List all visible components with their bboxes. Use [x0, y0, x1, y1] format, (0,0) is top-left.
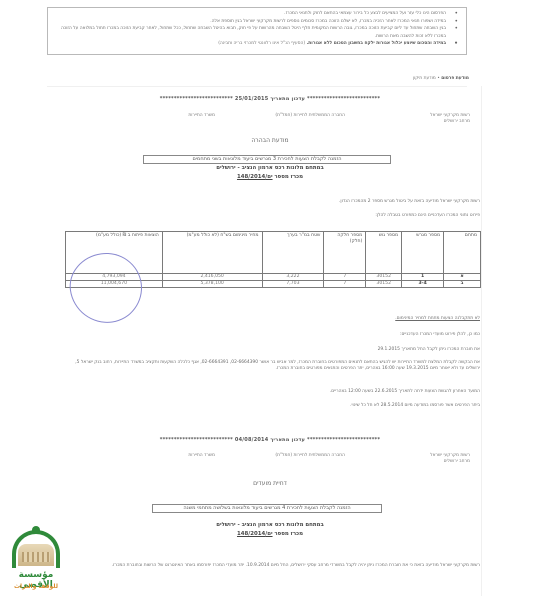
org-company: החברה הממשלתית לתיירות (חמל"ת)	[275, 113, 345, 119]
para-details: פירוט נתוני המכרז העדכניים הינם כמפורט ב…	[100, 213, 480, 219]
org-company: החברה הממשלתית לתיירות (חמל"ת)	[275, 453, 345, 459]
notice-tail-text: (הסעיף הנ"ל אינו רלוונטי למכרזי בריה ותב…	[218, 41, 305, 46]
org-ila-region: מרחב ירושלים	[430, 119, 470, 125]
cell-area: 3,222	[262, 274, 324, 281]
org-header: רשות מקרקעי ישראל מרחב ירושלים החברה הממ…	[80, 453, 470, 467]
cell-compound: א	[444, 274, 481, 281]
update-line: ************************** עדכון מתאריך …	[120, 437, 420, 443]
notice-box: הפרסום הינו כלי עזר ועל המציעים לבצע כל …	[47, 7, 467, 55]
subtitle: במתחם מלונות רכס ארמון הנציב - ירושלים	[150, 522, 390, 528]
doc-title: דחיית מועדים	[160, 480, 380, 487]
note-request: את הבקשה לקבלת המלצת למשרד התיירות יש לה…	[60, 360, 480, 373]
table-row: א 1 30152 7 3,222 2,416,050 4,793,094	[66, 274, 481, 281]
org-ila-region: מרחב ירושלים	[430, 459, 470, 465]
col-header: מתחם	[444, 232, 481, 274]
cell-plot: 3-4	[402, 281, 444, 288]
breadcrumb-current[interactable]: מודעת פרסום	[441, 76, 469, 81]
lots-table: מתחם מספר מגרש מספר גוש מספר חלקה (חלק) …	[65, 231, 481, 288]
col-header: שטח במ"ר בערך	[262, 232, 324, 274]
cell-parcel: 7	[324, 281, 366, 288]
frame-title: הזמנה לקבלת הצעות לחכירת 3 מגרשים ביעוד …	[143, 155, 391, 164]
note-deadline: המועד האחרון להגשת הצעות ידחה לתאריך 22.…	[100, 389, 480, 395]
note-no-bids: לא תתקבלנה הצעות מתחת למחיר המינימום.	[180, 316, 480, 322]
col-header: מספר חלקה (חלק)	[324, 232, 366, 274]
org-ila: רשות מקרקעי ישראל מרחב ירושלים	[430, 453, 470, 465]
org-header: רשות מקרקעי ישראל מרחב ירושלים החברה הממ…	[80, 113, 470, 127]
cell-area: 7,703	[262, 281, 324, 288]
cell-min-price: 5,378,100	[162, 281, 262, 288]
notice-bullet: במידה ושפורו תנאי המכרז לאחר הזכיה במכרז…	[54, 18, 458, 26]
col-header: מספר מגרש	[402, 232, 444, 274]
tender-number: ים/148/2014	[237, 531, 273, 537]
breadcrumb-separator: •	[437, 76, 440, 81]
logo-subtitle: للوقف والتراث	[4, 583, 68, 590]
frame-title: הזמנה לקבלת הצעות לחכירת 4 מגרשים ביעוד …	[152, 504, 382, 513]
para-cancel: רשות מקרקעי ישראל מודיעה בזאת על ביטול מ…	[100, 199, 480, 205]
update-line: ************************** עדכון מתאריך …	[120, 96, 420, 102]
tender-prefix: מכרז מספר	[274, 531, 303, 537]
cell-compound: ב	[444, 281, 481, 288]
cell-block: 30152	[366, 281, 402, 288]
al-aqsa-foundation-logo: مؤسسة الأقصى للوقف والتراث	[4, 530, 68, 598]
cell-plot: 1	[402, 274, 444, 281]
notice-bullet-bold: במידה והסכום שיוצע יכלול אגורות ילקח בחש…	[54, 40, 458, 48]
tender-number-line: מכרז מספר ים/148/2014	[150, 531, 390, 537]
table-row: ב 3-4 30152 7 7,703 5,378,100 11,004,670	[66, 281, 481, 288]
notice-bullet: הפרסום הינו כלי עזר ועל המציעים לבצע כל …	[54, 10, 458, 18]
tender-number-line: מכרז מספר ים/148/2014	[150, 174, 390, 180]
cell-parcel: 7	[324, 274, 366, 281]
tender-prefix: מכרז מספר	[274, 174, 303, 180]
breadcrumb-next[interactable]: מודעת תיקון	[413, 76, 436, 81]
notice-bullet: בגין השבחה שתחול עד ליום קביעת הזוכה במכ…	[54, 25, 458, 40]
cell-min-price: 2,416,050	[162, 274, 262, 281]
building-icon	[18, 544, 54, 566]
cell-dev-costs: 11,004,670	[66, 281, 163, 288]
document-page: הפרסום הינו כלי עזר ועל המציעים לבצע כל …	[0, 0, 540, 600]
cell-dev-costs: 4,793,094	[66, 274, 163, 281]
col-header: הוצאות פיתוח ב ₪ (כולל מע"מ)	[66, 232, 163, 274]
notice-bold-text: במידה והסכום שיוצע יכלול אגורות ילקח בחש…	[307, 41, 446, 46]
doc-title: מודעת הבהרה	[160, 137, 380, 144]
divider	[47, 86, 467, 87]
note-booklet: את חוברת המכרז ניתן לקבל החל מתאריך 29.1…	[180, 347, 480, 353]
tender-number: ים/148/2014	[237, 174, 273, 180]
section2-para: רשות מקרקעי ישראל מודיעה בזאת כי את חובר…	[100, 563, 480, 569]
margin-rule	[481, 86, 482, 596]
cell-block: 30152	[366, 274, 402, 281]
table-header-row: מתחם מספר מגרש מספר גוש מספר חלקה (חלק) …	[66, 232, 481, 274]
org-ministry: משרד התיירות	[188, 113, 215, 119]
col-header: מחיר מינימום בש"ח (לא כולל מע"מ)	[162, 232, 262, 274]
note-rest: ביתר הפרטים אשר פורסמו במודעה מיום 28.5.…	[100, 403, 480, 409]
note-also: כמו כן, להלן פירוט מועדי המכרז העדכניים:	[180, 332, 480, 338]
col-header: מספר גוש	[366, 232, 402, 274]
subtitle: במתחם מלונות רכס ארמון הנציב - ירושלים	[150, 165, 390, 171]
breadcrumb: מודעת פרסום • מודעת תיקון	[413, 76, 469, 81]
org-ministry: משרד התיירות	[188, 453, 215, 459]
org-ila: רשות מקרקעי ישראל מרחב ירושלים	[430, 113, 470, 125]
